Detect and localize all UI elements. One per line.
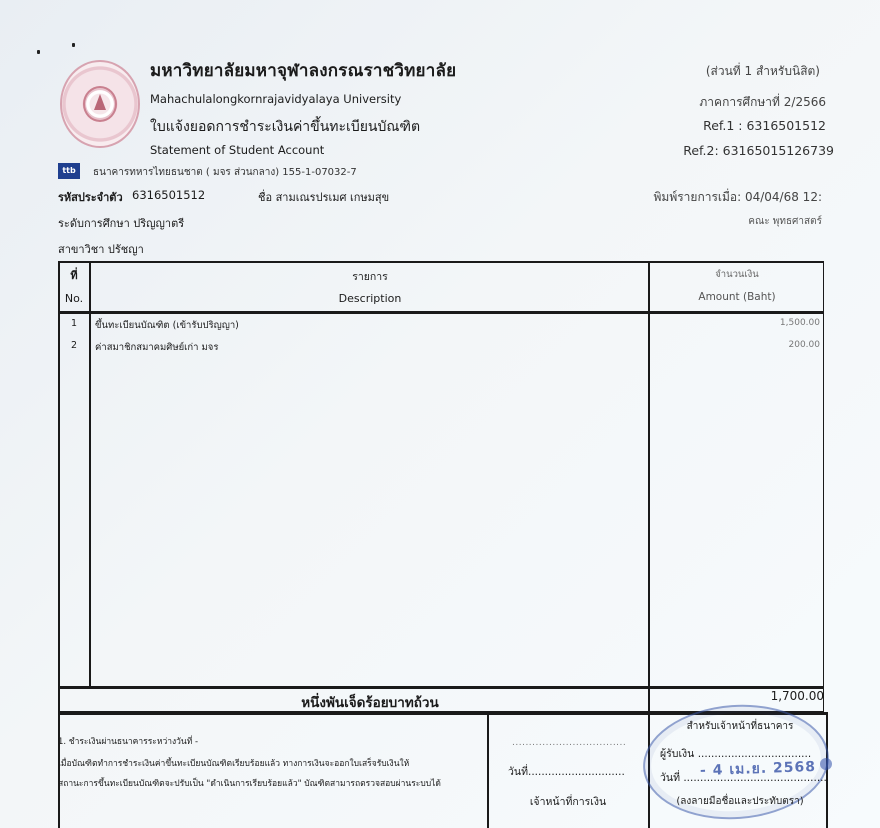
university-name-en: Mahachulalongkornrajavidyalaya Universit…: [150, 92, 401, 106]
major: สาขาวิชา ปรัชญา: [58, 240, 144, 258]
cashier-signature-line: ..................................: [512, 738, 626, 748]
reference-1: Ref.1 : 6316501512: [703, 118, 826, 133]
stamp-date: - 4 เม.ย. 2568: [700, 756, 817, 782]
university-seal-icon: [60, 60, 140, 148]
table-row: 2 ค่าสมาชิกสมาคมศิษย์เก่า มจร 200.00: [58, 337, 824, 357]
row-amount: 1,500.00: [780, 318, 820, 328]
table-row: 1 ขึ้นทะเบียนบัณฑิต (เข้ารับปริญญา) 1,50…: [58, 315, 824, 335]
header-divider: [58, 311, 824, 314]
reference-2: Ref.2: 63165015126739: [683, 143, 834, 158]
paper-speck: [37, 50, 40, 54]
paper-speck: [72, 43, 75, 47]
total-in-words: หนึ่งพันเจ็ดร้อยบาทถ้วน: [92, 691, 648, 713]
printed-timestamp: พิมพ์รายการเมื่อ: 04/04/68 12:: [654, 188, 823, 207]
student-id-value: 6316501512: [132, 188, 205, 202]
total-amount: 1,700.00: [771, 689, 824, 703]
student-id-label: รหัสประจำตัว: [58, 188, 123, 206]
header-description-en: Description: [92, 292, 648, 305]
faculty: คณะ พุทธศาสตร์: [748, 214, 822, 229]
header-amount-th: จำนวนเงิน: [650, 267, 824, 282]
row-number: 2: [58, 340, 90, 351]
header-amount-en: Amount (Baht): [650, 291, 824, 303]
bank-sign-label: (ลงลายมือชื่อและประทับตรา): [652, 794, 828, 809]
bank-account-line: ธนาคารทหารไทยธนชาต ( มจร ส่วนกลาง) 155-1…: [93, 165, 357, 180]
education-level: ระดับการศึกษา ปริญญาตรี: [58, 214, 184, 232]
university-name-th: มหาวิทยาลัยมหาจุฬาลงกรณราชวิทยาลัย: [150, 57, 456, 84]
document-title-th: ใบแจ้งยอดการชำระเงินค่าขึ้นทะเบียนบัณฑิต: [150, 116, 420, 138]
header-no-th: ที่: [58, 266, 90, 284]
payment-note-status: สถานะการขึ้นทะเบียนบัณฑิตจะปรับเป็น "ดำเ…: [58, 776, 441, 790]
footer-divider-vertical: [487, 713, 489, 828]
footer-border: [58, 713, 60, 828]
cashier-label: เจ้าหน้าที่การเงิน: [488, 793, 648, 810]
cashier-date-line: วันที่.............................: [508, 763, 625, 780]
payment-note-receipt: เมื่อบัณฑิตทำการชำระเงินค่าขึ้นทะเบียนบั…: [58, 756, 409, 770]
student-name: ชื่อ สามเณรปรเมศ เกษมสุข: [258, 188, 389, 206]
payment-note-period: 1. ชำระเงินผ่านธนาคารระหว่างวันที่ -: [58, 734, 198, 748]
row-amount: 200.00: [789, 340, 821, 350]
bank-logo-icon: ttb: [58, 163, 80, 179]
academic-term: ภาคการศึกษาที่ 2/2566: [699, 93, 826, 112]
bank-officer-title: สำหรับเจ้าหน้าที่ธนาคาร: [652, 719, 828, 734]
row-number: 1: [58, 318, 90, 329]
copy-part-label: (ส่วนที่ 1 สำหรับนิสิต): [706, 62, 820, 81]
row-description: ค่าสมาชิกสมาคมศิษย์เก่า มจร: [95, 340, 218, 355]
row-description: ขึ้นทะเบียนบัณฑิต (เข้ารับปริญญา): [95, 318, 239, 333]
document-title-en: Statement of Student Account: [150, 143, 324, 157]
total-divider: [58, 686, 824, 689]
header-no-en: No.: [58, 292, 90, 305]
header-description-th: รายการ: [92, 268, 648, 285]
